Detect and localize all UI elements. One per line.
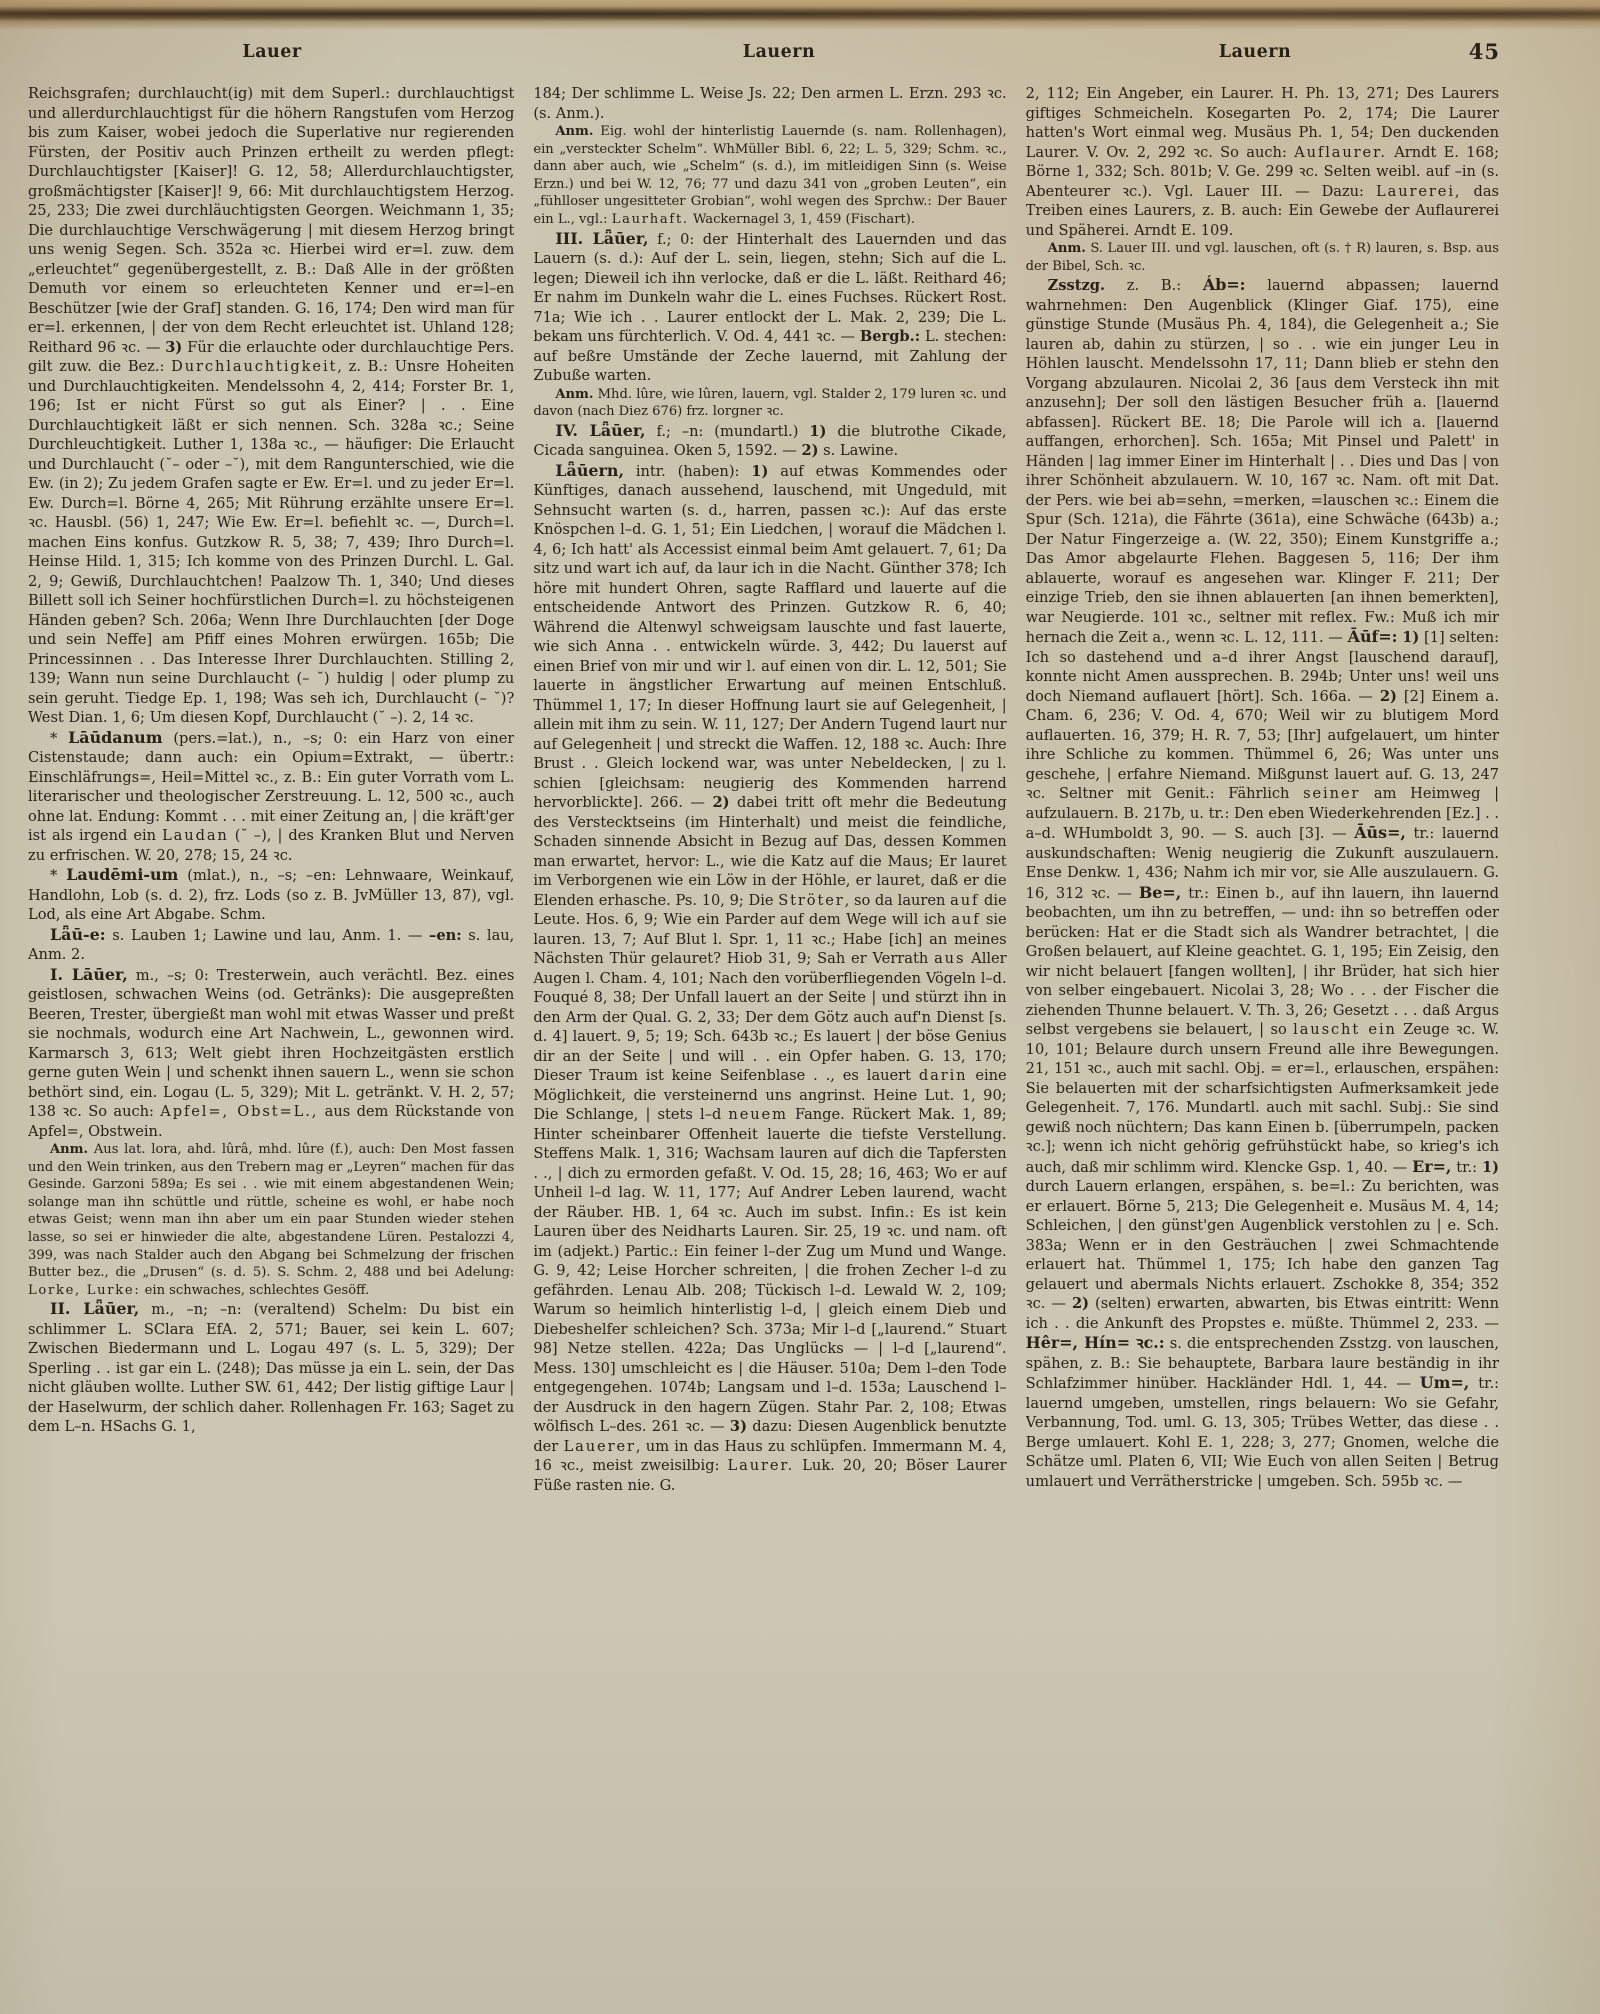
running-head-right: Lauern — [1219, 42, 1291, 62]
headword: Hêr=, Hín= ꝛc.: — [1026, 1333, 1165, 1352]
text-run: neuem — [728, 1106, 787, 1123]
text-run: Laurhaft. — [612, 212, 689, 227]
text-run: durch Lauern erlangen, erspähen, s. be=l… — [1026, 1178, 1499, 1312]
text-run: Anm. — [555, 124, 593, 139]
text-run: Laurer. — [728, 1457, 795, 1474]
headword: I. Lāūer, — [50, 965, 128, 984]
paragraph: * Laudēmi-um (mlat.), n., –s; –en: Lehnw… — [28, 865, 514, 925]
running-head-left: Lauer — [242, 42, 301, 62]
headword: Āūf=: — [1348, 627, 1398, 646]
text-run: –en: — [429, 927, 462, 944]
text-run: auf etwas Kommendes oder Künftiges, dana… — [533, 463, 1006, 812]
text-run: s. Lawine. — [819, 442, 899, 459]
text-run: , z. B.: Unsre Hoheiten und Durchlauchti… — [28, 358, 514, 726]
headword: Be=, — [1139, 883, 1181, 902]
text-run: Anm. — [50, 1142, 88, 1157]
page-number: 45 — [1469, 39, 1500, 64]
text-run: intr. (haben): — [624, 463, 751, 480]
headword: Āūs=, — [1354, 823, 1406, 842]
text-run: Zeuge ꝛc. W. 10, 101; Belaure durch unse… — [1026, 1021, 1499, 1176]
text-run: Auflaurer. — [1294, 144, 1387, 161]
text-run: 1) — [1402, 629, 1419, 646]
text-run: Fange. Rückert Mak. 1, 89; Hinter schein… — [533, 1106, 1006, 1435]
running-head: Lauer Lauern Lauern 45 — [0, 42, 1600, 76]
paragraph: III. Lǟūer, f.; 0: der Hinterhalt des La… — [533, 229, 1006, 386]
text-run: 1) — [809, 423, 826, 440]
text-run: 1) — [1482, 1159, 1499, 1176]
text-run: tr.: Einen b., auf ihn lauern, ihn lauer… — [1026, 885, 1499, 1039]
text-run: f.; –n: (mundartl.) — [646, 423, 810, 440]
text-run: Lauerer — [564, 1438, 636, 1455]
paragraph: * Lāūdanum (pers.=lat.), n., –s; 0: ein … — [28, 728, 514, 866]
paragraph: Anm. Mhd. lûre, wie lûren, lauern, vgl. … — [533, 386, 1006, 421]
paragraph: 184; Der schlimme L. Weise Js. 22; Den a… — [533, 84, 1006, 123]
text-run: 3) — [165, 339, 182, 356]
text-run: Bergb.: — [860, 328, 920, 345]
text-run: tr.: — [1451, 1159, 1482, 1176]
text-run: aus — [934, 950, 965, 967]
text-run: darin — [919, 1067, 968, 1084]
text-run: Laudan — [162, 827, 229, 844]
column-1: Reichsgrafen; durchlaucht(ig) mit dem Su… — [28, 84, 514, 1882]
text-run: lauernd abpassen; lauernd wahrnehmen: De… — [1026, 277, 1499, 646]
paragraph: IV. Lǟūer, f.; –n: (mundartl.) 1) die bl… — [533, 421, 1006, 461]
column-3: 2, 112; Ein Angeber, ein Laurer. H. Ph. … — [1026, 84, 1499, 1882]
headword: III. Lǟūer, — [555, 229, 648, 248]
paragraph: Anm. Eig. wohl der hinterlistig Lauernde… — [533, 123, 1006, 229]
text-run: Anm. — [555, 387, 593, 402]
text-run: auf — [951, 911, 980, 928]
text-run: Ströter — [778, 892, 844, 909]
scan-edge-top — [0, 0, 1600, 30]
paragraph: Reichsgrafen; durchlaucht(ig) mit dem Su… — [28, 84, 514, 728]
headword: II. Lǟūer, — [50, 1299, 139, 1318]
text-run: ein schwaches, schlechtes Gesöff. — [140, 1283, 369, 1298]
headword: Er=, — [1412, 1157, 1451, 1176]
text-run: lauscht ein — [1293, 1021, 1397, 1038]
text-run: S. Lauer III. und vgl. lauschen, oft (s.… — [1026, 241, 1499, 274]
text-run: 2) — [712, 794, 729, 811]
text-run: m., –s; 0: Tresterwein, auch verächtl. B… — [28, 967, 514, 1121]
paragraph: Lǟū-e: s. Lauben 1; Lawine und lau, Anm.… — [28, 925, 514, 965]
headword: Áb=: — [1203, 275, 1246, 294]
text-run: 3) — [730, 1418, 747, 1435]
headword: IV. Lǟūer, — [555, 421, 645, 440]
text-run: s. Lauben 1; Lawine und lau, Anm. 1. — — [106, 927, 429, 944]
text-block: Reichsgrafen; durchlaucht(ig) mit dem Su… — [28, 84, 1499, 1882]
paragraph: Lǟūern, intr. (haben): 1) auf etwas Komm… — [533, 461, 1006, 1496]
text-run: 2) — [1072, 1295, 1089, 1312]
text-run: Apfel=, Obst=L., — [160, 1103, 318, 1120]
text-run: Aller Augen l. Cham. 4, 101; Nach den vo… — [533, 950, 1006, 1084]
text-run: Lorke, Lurke: — [28, 1283, 140, 1298]
text-run: Anm. — [1048, 241, 1086, 256]
text-run: 184; Der schlimme L. Weise Js. 22; Den a… — [533, 85, 1006, 122]
text-run: , so da lauren — [845, 892, 951, 909]
text-run: 2) — [801, 442, 818, 459]
text-run: 1) — [751, 463, 768, 480]
text-run: z. B.: — [1105, 277, 1203, 294]
headword: Um=, — [1420, 1373, 1470, 1392]
headword: Laudēmi-um — [66, 865, 178, 884]
headword: Lǟū-e: — [50, 925, 106, 944]
text-run: Wackernagel 3, 1, 459 (Fischart). — [689, 212, 915, 227]
text-run: Reichsgrafen; durchlaucht(ig) mit dem Su… — [28, 85, 514, 356]
paragraph: Anm. S. Lauer III. und vgl. lauschen, of… — [1026, 240, 1499, 275]
text-run: auf — [950, 892, 979, 909]
paragraph: Zsstzg. z. B.: Áb=: lauernd abpassen; la… — [1026, 275, 1499, 1491]
column-2: 184; Der schlimme L. Weise Js. 22; Den a… — [533, 84, 1006, 1882]
text-run: tr.: lauernd umgeben, umstellen, rings b… — [1026, 1375, 1499, 1490]
paragraph: 2, 112; Ein Angeber, ein Laurer. H. Ph. … — [1026, 84, 1499, 240]
paragraph: I. Lāūer, m., –s; 0: Tresterwein, auch v… — [28, 965, 514, 1142]
running-head-center: Lauern — [743, 42, 815, 62]
text-run: 2) — [1380, 688, 1397, 705]
text-run: Aus lat. lora, ahd. lûrâ, mhd. lûre (f.)… — [28, 1142, 514, 1280]
text-run: (selten) erwarten, abwarten, bis Etwas e… — [1026, 1295, 1499, 1332]
text-run: * — [50, 730, 68, 747]
paragraph: II. Lǟūer, m., –n; –n: (veraltend) Schel… — [28, 1299, 514, 1437]
headword: Lāūdanum — [68, 728, 162, 747]
text-run: Zsstzg. — [1048, 277, 1105, 294]
paragraph: Anm. Aus lat. lora, ahd. lûrâ, mhd. lûre… — [28, 1141, 514, 1299]
text-run: seiner — [1303, 785, 1360, 802]
text-run: Laurerei, — [1376, 183, 1461, 200]
text-run: Durchlauchtigkeit — [171, 358, 337, 375]
text-run: * — [50, 867, 66, 884]
headword: Lǟūern, — [555, 461, 624, 480]
text-run: Mhd. lûre, wie lûren, lauern, vgl. Stald… — [533, 387, 1006, 420]
text-run: m., –n; –n: (veraltend) Schelm: Du bist … — [28, 1301, 514, 1435]
